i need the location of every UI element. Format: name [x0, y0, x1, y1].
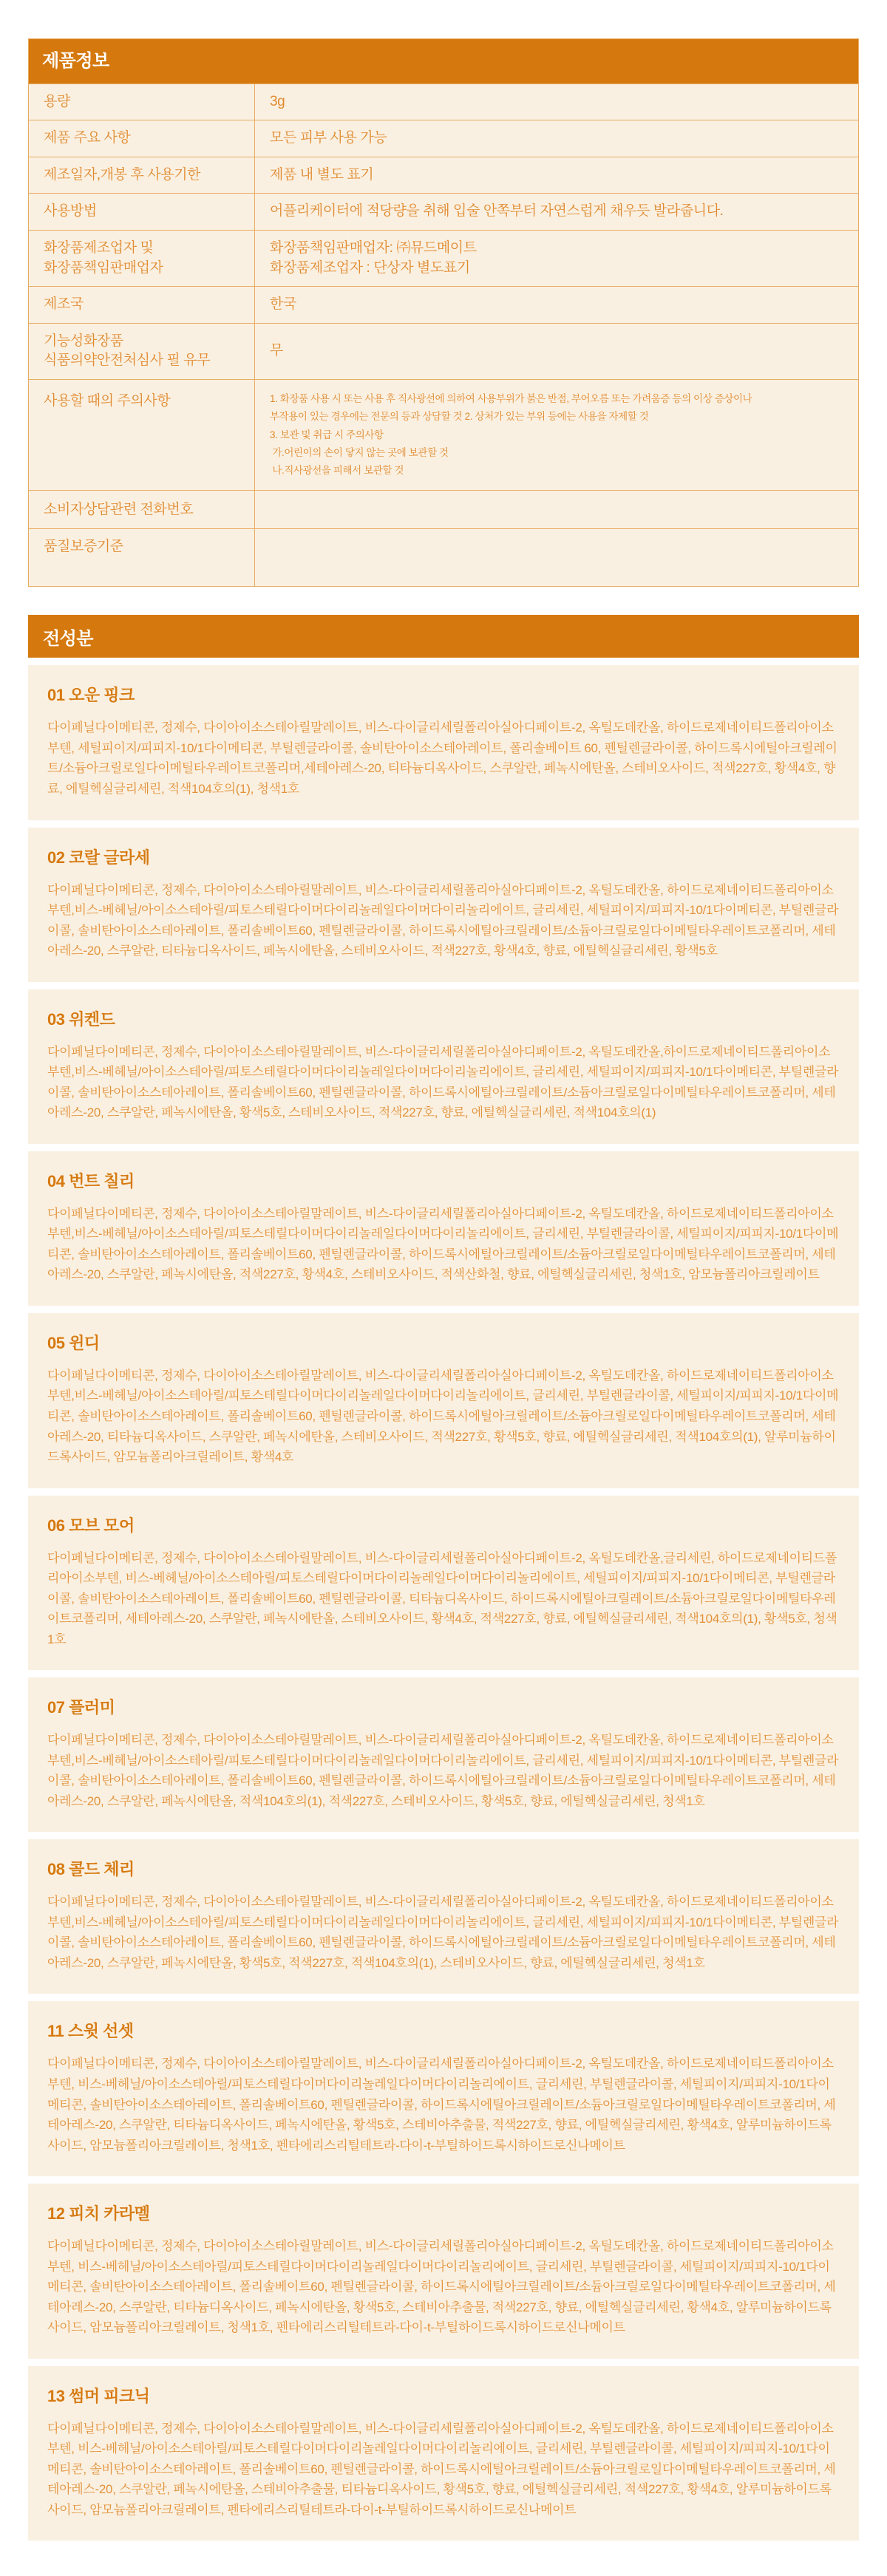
- shade-ingredients: 다이페닐다이메티콘, 정제수, 다이아이소스테아릴말레이트, 비스-다이글리세릴…: [47, 1548, 840, 1650]
- row-value: [255, 491, 859, 529]
- shade-ingredients: 다이페닐다이메티콘, 정제수, 다이아이소스테아릴말레이트, 비스-다이글리세릴…: [47, 718, 840, 799]
- row-label: 사용방법: [29, 194, 255, 231]
- shade-name: 05 윈디: [47, 1331, 840, 1354]
- row-label: 품질보증기준: [29, 529, 255, 587]
- product-detail-page: 제품정보 용량 3g 제품 주요 사항 모든 피부 사용 가능 제조일자,개봉 …: [0, 0, 887, 2576]
- table-row: 기능성화장품 식품의약안전처심사 필 유무 무: [29, 323, 859, 379]
- row-label: 소비자상담관련 전화번호: [29, 491, 255, 529]
- table-header-row: 제품정보: [29, 39, 859, 84]
- table-row: 제조국 한국: [29, 287, 859, 324]
- table-row: 사용방법 어플리케이터에 적당량을 취해 입술 안쪽부터 자연스럽게 채우듯 발…: [29, 194, 859, 231]
- shade-name: 06 모브 모어: [47, 1513, 840, 1536]
- shade-name: 02 코랄 글라세: [47, 845, 840, 868]
- shade-name: 13 썸머 피크닉: [47, 2384, 840, 2407]
- shade-ingredients: 다이페닐다이메티콘, 정제수, 다이아이소스테아릴말레이트, 비스-다이글리세릴…: [47, 1730, 840, 1811]
- shade-name: 12 피치 카라멜: [47, 2201, 840, 2224]
- table-row: 제조일자,개봉 후 사용기한 제품 내 별도 표기: [29, 157, 859, 194]
- row-value: 모든 피부 사용 가능: [255, 120, 859, 157]
- row-label: 제조일자,개봉 후 사용기한: [29, 157, 255, 194]
- shade-ingredients: 다이페닐다이메티콘, 정제수, 다이아이소스테아릴말레이트, 비스-다이글리세릴…: [47, 1892, 840, 1973]
- row-label: 화장품제조업자 및 화장품책임판매업자: [29, 230, 255, 286]
- shade-ingredients: 다이페닐다이메티콘, 정제수, 다이아이소스테아릴말레이트, 비스-다이글리세릴…: [47, 1204, 840, 1285]
- row-label: 사용할 때의 주의사항: [29, 379, 255, 490]
- table-row: 사용할 때의 주의사항 1. 화장품 사용 시 또는 사용 후 직사광선에 의하…: [29, 379, 859, 490]
- shade-section-03: 03 위켄드 다이페닐다이메티콘, 정제수, 다이아이소스테아릴말레이트, 비스…: [28, 989, 859, 1144]
- shade-name: 03 위켄드: [47, 1007, 840, 1030]
- shade-section-13: 13 썸머 피크닉 다이페닐다이메티콘, 정제수, 다이아이소스테아릴말레이트,…: [28, 2366, 859, 2541]
- shade-ingredients: 다이페닐다이메티콘, 정제수, 다이아이소스테아릴말레이트, 비스-다이글리세릴…: [47, 1366, 840, 1468]
- shade-section-02: 02 코랄 글라세 다이페닐다이메티콘, 정제수, 다이아이소스테아릴말레이트,…: [28, 828, 859, 982]
- shade-name: 08 콜드 체리: [47, 1857, 840, 1880]
- row-value: 3g: [255, 84, 859, 120]
- shade-ingredients: 다이페닐다이메티콘, 정제수, 다이아이소스테아릴말레이트, 비스-다이글리세릴…: [47, 2236, 840, 2338]
- table-row: 화장품제조업자 및 화장품책임판매업자 화장품책임판매업자: ㈜뮤드메이트 화장…: [29, 230, 859, 286]
- row-value: 무: [255, 323, 859, 379]
- row-value: 화장품책임판매업자: ㈜뮤드메이트 화장품제조업자 : 단상자 별도표기: [255, 230, 859, 286]
- shade-section-08: 08 콜드 체리 다이페닐다이메티콘, 정제수, 다이아이소스테아릴말레이트, …: [28, 1839, 859, 1994]
- table-row: 제품 주요 사항 모든 피부 사용 가능: [29, 120, 859, 157]
- shade-section-04: 04 번트 칠리 다이페닐다이메티콘, 정제수, 다이아이소스테아릴말레이트, …: [28, 1151, 859, 1306]
- ingredients-section-title: 전성분: [28, 615, 859, 658]
- shade-ingredients: 다이페닐다이메티콘, 정제수, 다이아이소스테아릴말레이트, 비스-다이글리세릴…: [47, 2054, 840, 2156]
- row-label: 제품 주요 사항: [29, 120, 255, 157]
- shade-ingredients: 다이페닐다이메티콘, 정제수, 다이아이소스테아릴말레이트, 비스-다이글리세릴…: [47, 1042, 840, 1123]
- row-value-precautions: 1. 화장품 사용 시 또는 사용 후 직사광선에 의하여 사용부위가 붉은 반…: [255, 379, 859, 490]
- shade-name: 11 스윗 선셋: [47, 2019, 840, 2042]
- shade-name: 07 플러미: [47, 1695, 840, 1718]
- table-row: 품질보증기준: [29, 529, 859, 587]
- table-row: 용량 3g: [29, 84, 859, 120]
- shade-section-06: 06 모브 모어 다이페닐다이메티콘, 정제수, 다이아이소스테아릴말레이트, …: [28, 1496, 859, 1671]
- row-value: 어플리케이터에 적당량을 취해 입술 안쪽부터 자연스럽게 채우듯 발라줍니다.: [255, 194, 859, 231]
- row-value: 제품 내 별도 표기: [255, 157, 859, 194]
- row-value: [255, 529, 859, 587]
- row-label: 용량: [29, 84, 255, 120]
- shade-name: 04 번트 칠리: [47, 1169, 840, 1192]
- row-label: 제조국: [29, 287, 255, 324]
- shade-section-11: 11 스윗 선셋 다이페닐다이메티콘, 정제수, 다이아이소스테아릴말레이트, …: [28, 2001, 859, 2176]
- row-value: 한국: [255, 287, 859, 324]
- product-info-title: 제품정보: [29, 39, 859, 84]
- shade-section-07: 07 플러미 다이페닐다이메티콘, 정제수, 다이아이소스테아릴말레이트, 비스…: [28, 1677, 859, 1832]
- shade-name: 01 오운 핑크: [47, 683, 840, 706]
- shade-section-12: 12 피치 카라멜 다이페닐다이메티콘, 정제수, 다이아이소스테아릴말레이트,…: [28, 2184, 859, 2359]
- row-label: 기능성화장품 식품의약안전처심사 필 유무: [29, 323, 255, 379]
- shade-section-01: 01 오운 핑크 다이페닐다이메티콘, 정제수, 다이아이소스테아릴말레이트, …: [28, 665, 859, 820]
- shade-ingredients: 다이페닐다이메티콘, 정제수, 다이아이소스테아릴말레이트, 비스-다이글리세릴…: [47, 2419, 840, 2521]
- shade-section-05: 05 윈디 다이페닐다이메티콘, 정제수, 다이아이소스테아릴말레이트, 비스-…: [28, 1313, 859, 1488]
- table-row: 소비자상담관련 전화번호: [29, 491, 859, 529]
- shade-ingredients: 다이페닐다이메티콘, 정제수, 다이아이소스테아릴말레이트, 비스-다이글리세릴…: [47, 880, 840, 961]
- product-info-table: 제품정보 용량 3g 제품 주요 사항 모든 피부 사용 가능 제조일자,개봉 …: [28, 38, 859, 587]
